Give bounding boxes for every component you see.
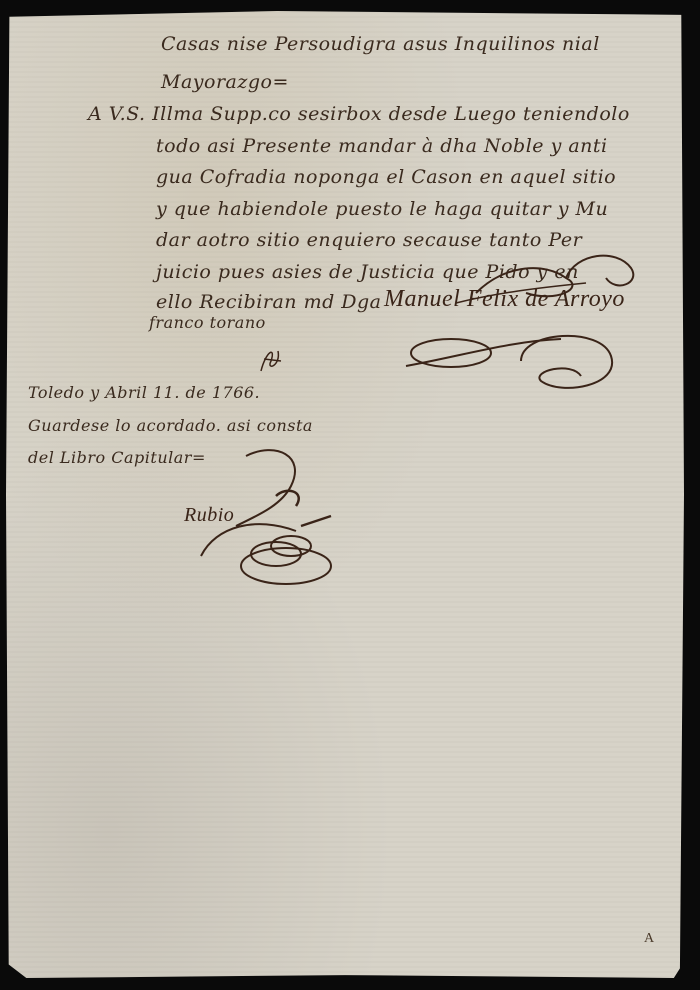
signature-manuel-felix: Manuel Felix de Arroyo	[384, 286, 625, 313]
body-line-3: A V.S. Illma Supp.co sesirbox desde Lueg…	[88, 103, 630, 125]
body-line-2: Mayorazgo=	[161, 71, 289, 93]
body-line-6: y que habiendole puesto le haga quitar y…	[156, 198, 608, 220]
body-line-5: gua Cofradia noponga el Cason en aquel s…	[156, 166, 616, 188]
body-line-4: todo asi Presente mandar à dha Noble y a…	[156, 135, 608, 157]
right-rubric-icon	[401, 321, 641, 401]
body-line-9: ello Recibiran md Dga	[156, 291, 382, 313]
rubio-rubric-icon	[196, 446, 356, 596]
manuscript-page: Casas nise Persoudigra asus Inquilinos n…	[6, 11, 684, 978]
corner-mark: A	[644, 931, 654, 947]
decree-line-1: Toledo y Abril 11. de 1766.	[28, 383, 260, 402]
body-line-1: Casas nise Persoudigra asus Inquilinos n…	[161, 33, 600, 55]
decree-line-3: del Libro Capitular=	[28, 448, 206, 467]
decree-line-2: Guardese lo acordado. asi consta	[28, 416, 313, 435]
signature-franco-torano: franco torano	[149, 313, 266, 332]
left-rubric-icon	[256, 341, 286, 376]
